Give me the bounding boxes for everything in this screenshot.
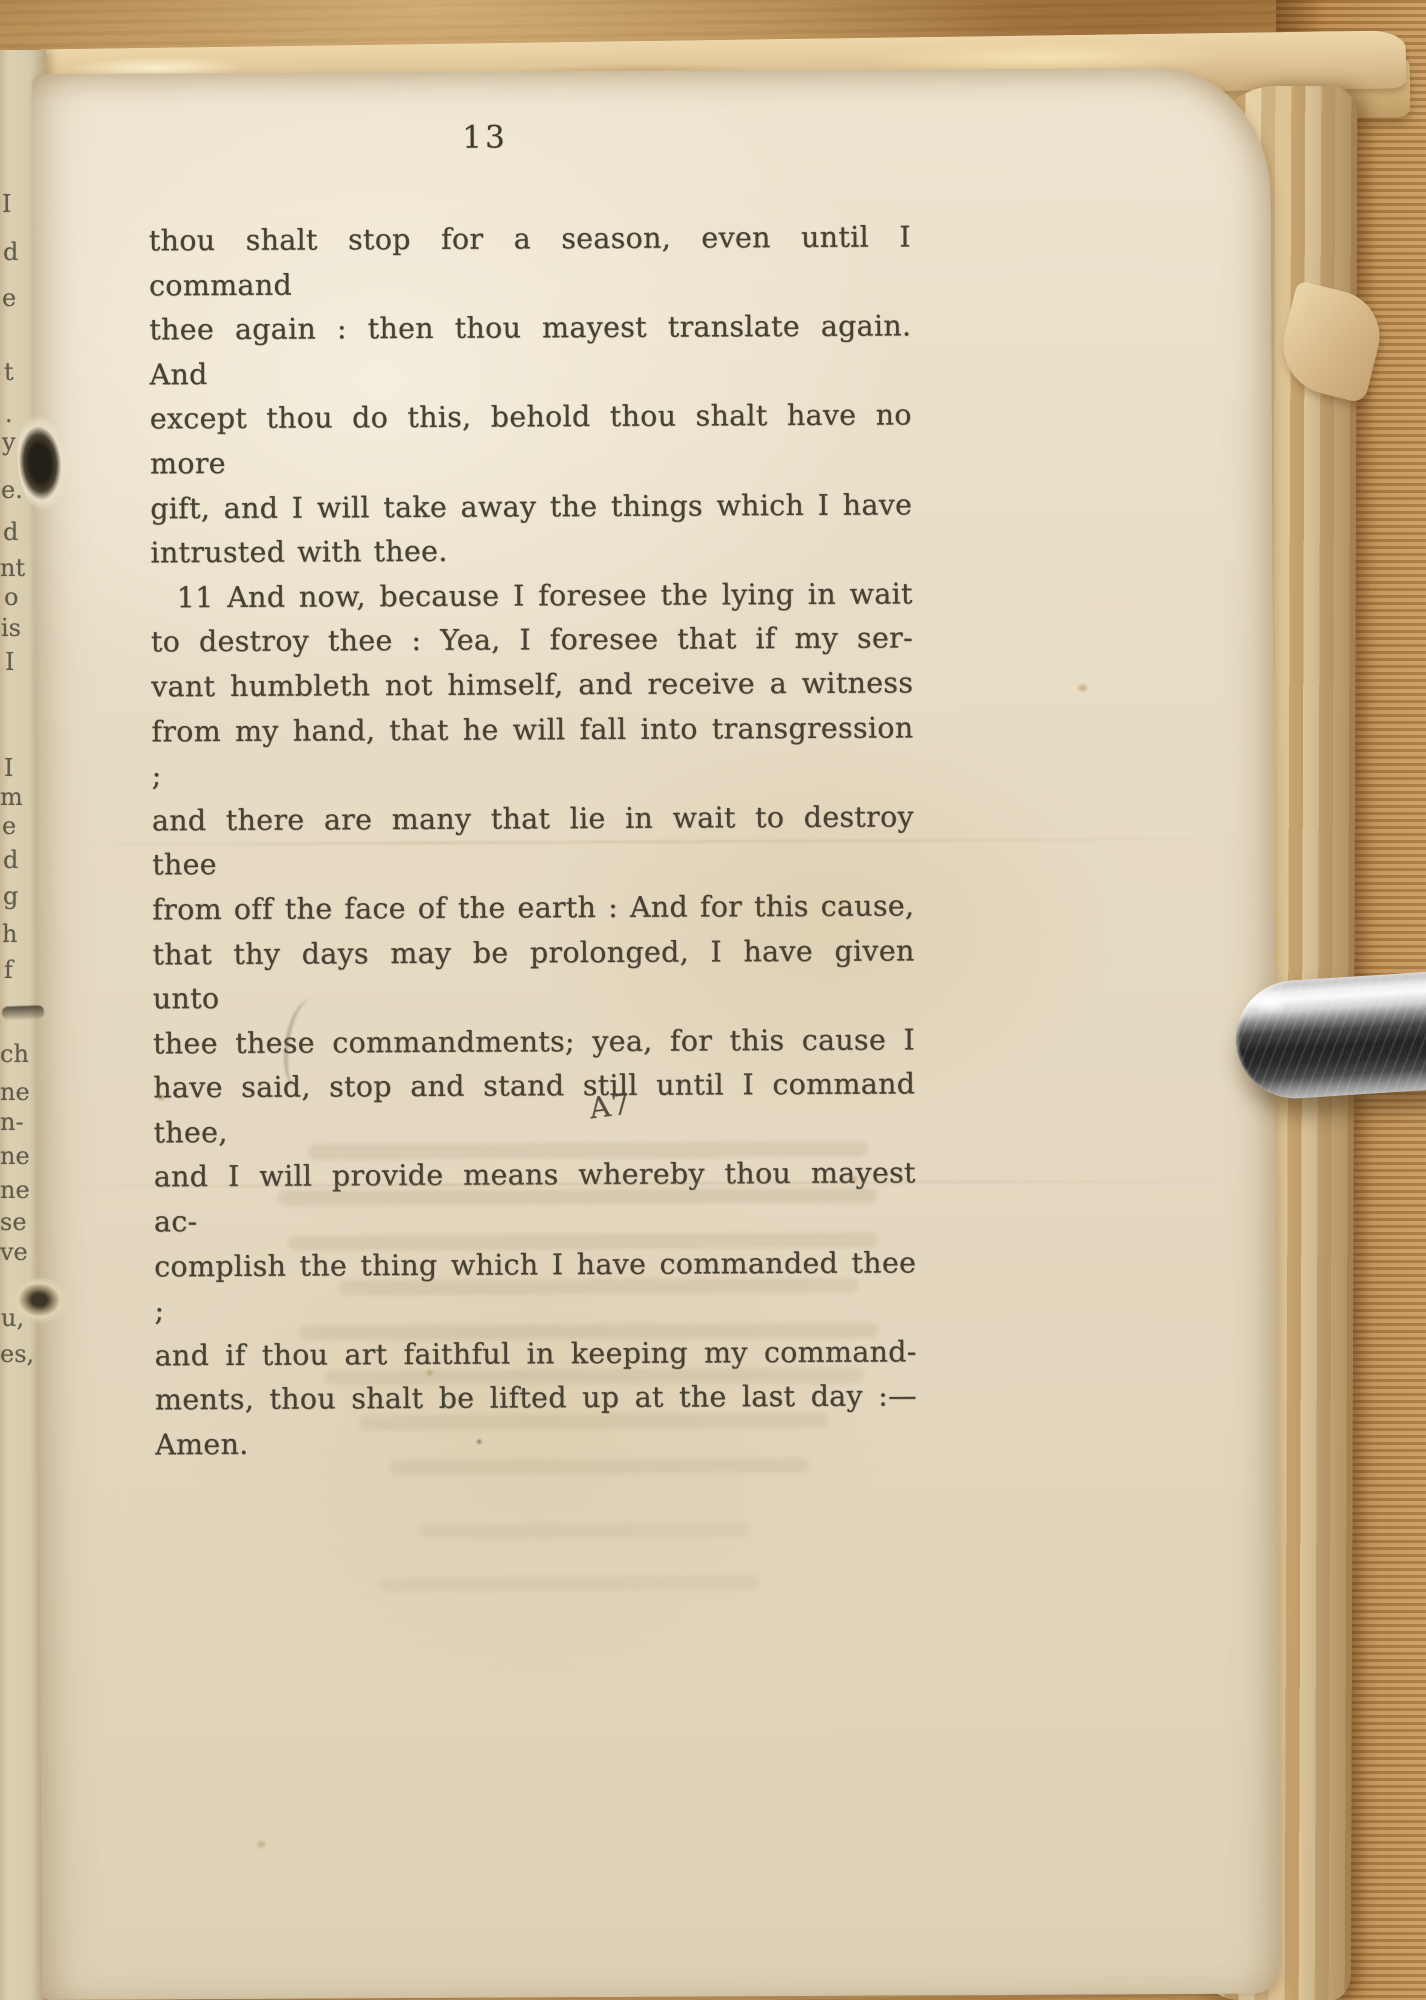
- ink-showthrough-line: [278, 1188, 878, 1206]
- stain-spot: [477, 1440, 481, 1444]
- ink-showthrough-line: [324, 1368, 864, 1386]
- stain-spot: [1078, 684, 1087, 691]
- metal-blade-tool: [1232, 972, 1426, 1102]
- edge-letter-fragment: f: [4, 958, 13, 982]
- edge-letter-fragment: I: [5, 650, 14, 674]
- text-line: except thou do this, behold thou shalt h…: [150, 394, 912, 487]
- edge-letter-fragment: o: [4, 585, 18, 609]
- edge-letter-fragment: n-: [0, 1110, 24, 1134]
- text-line: that thy days may be prolonged, I have g…: [152, 929, 914, 1022]
- edge-letter-fragment: is: [1, 616, 21, 640]
- edge-letter-fragment: d: [3, 240, 18, 264]
- ink-showthrough-line: [359, 1413, 829, 1430]
- edge-letter-fragment: ne: [0, 1080, 30, 1104]
- text-line: to destroy thee : Yea, I foresee that if…: [151, 617, 913, 666]
- edge-letter-fragment: ne: [0, 1178, 30, 1202]
- ink-showthrough-line: [389, 1458, 809, 1475]
- edge-letter-fragment: t: [4, 360, 14, 384]
- stain-spot: [157, 1094, 164, 1100]
- ink-showthrough-line: [338, 1278, 858, 1296]
- edge-letter-fragment: h: [2, 922, 17, 946]
- edge-letter-fragment: e: [2, 814, 16, 838]
- edge-letter-fragment: ve: [0, 1240, 28, 1264]
- ink-showthrough-line: [380, 1575, 760, 1592]
- text-line: gift, and I will take away the things wh…: [150, 483, 912, 532]
- edge-letter-fragment: e: [2, 286, 16, 310]
- edge-letter-fragment: se: [0, 1210, 27, 1234]
- edge-letter-fragment: d: [3, 848, 18, 872]
- signature-mark: A7: [587, 1086, 632, 1125]
- ink-showthrough-line: [420, 1522, 750, 1539]
- edge-letter-fragment: nt: [0, 556, 25, 580]
- ink-showthrough-line: [308, 1142, 868, 1160]
- text-line: thee these commandments; yea, for this c…: [153, 1018, 915, 1067]
- edge-letter-fragment: e.: [1, 478, 23, 502]
- edge-letter-fragment: ch: [0, 1042, 29, 1066]
- edge-letter-fragment: d: [3, 520, 18, 544]
- binding-slit: [2, 1005, 44, 1019]
- text-line: from off the face of the earth : And for…: [152, 884, 914, 933]
- edge-letter-fragment: I: [2, 192, 11, 216]
- edge-letter-fragment: m: [0, 785, 23, 809]
- ink-showthrough-line: [299, 1323, 879, 1341]
- edge-letter-fragment: g: [3, 884, 18, 908]
- text-line: 11 And now, because I foresee the lying …: [151, 572, 913, 621]
- stain-spot: [851, 1176, 858, 1182]
- edge-letter-fragment: ne: [0, 1144, 30, 1168]
- edge-letter-fragment: es,: [0, 1342, 34, 1366]
- text-line: thou shalt stop for a season, even until…: [149, 215, 911, 308]
- book-page: 13 thou shalt stop for a season, even un…: [32, 68, 1280, 2000]
- specular-highlight: [1251, 989, 1290, 1015]
- page-number: 13: [462, 120, 508, 156]
- stain-spot: [257, 1841, 265, 1848]
- edge-letter-fragment: .: [5, 402, 13, 426]
- text-line: vant humbleth not himself, and receive a…: [151, 661, 913, 710]
- photo-of-book-page: { "book_page": { "page_number": "13", "s…: [0, 0, 1426, 2000]
- text-line: thee again : then thou mayest translate …: [149, 305, 911, 398]
- edge-letter-fragment: y: [2, 430, 16, 454]
- text-line: intrusted with thee.: [150, 528, 912, 577]
- ink-showthrough-line: [288, 1233, 878, 1251]
- text-line: from my hand, that he will fall into tra…: [151, 706, 913, 799]
- edge-letter-fragment: I: [4, 756, 13, 780]
